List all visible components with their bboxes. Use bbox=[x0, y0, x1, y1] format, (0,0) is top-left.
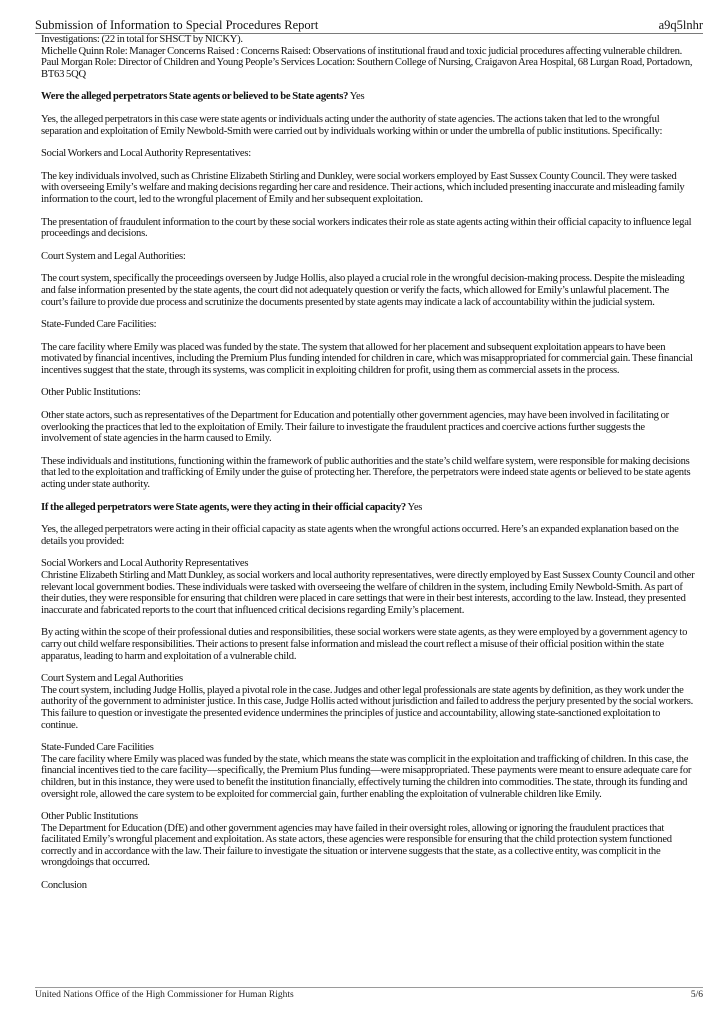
page-footer: United Nations Office of the High Commis… bbox=[35, 987, 703, 1001]
page-number: 5/6 bbox=[691, 990, 703, 1001]
paragraph: The Department for Education (DfE) and o… bbox=[41, 823, 696, 869]
subheading-social-workers: Social Workers and Local Authority Repre… bbox=[41, 148, 696, 160]
footer-organization: United Nations Office of the High Commis… bbox=[35, 990, 294, 1001]
paragraph: Yes, the alleged perpetrators were actin… bbox=[41, 524, 696, 547]
question-official-capacity: If the alleged perpetrators were State a… bbox=[41, 502, 696, 514]
paragraph: The care facility where Emily was placed… bbox=[41, 342, 696, 377]
subheading-court-system: Court System and Legal Authorities bbox=[41, 673, 696, 685]
question-state-agents: Were the alleged perpetrators State agen… bbox=[41, 91, 696, 103]
paragraph: The presentation of fraudulent informati… bbox=[41, 217, 696, 240]
question-text: If the alleged perpetrators were State a… bbox=[41, 502, 406, 513]
paragraph: Other state actors, such as representati… bbox=[41, 410, 696, 445]
answer-text: Yes bbox=[406, 502, 422, 513]
page-header: Submission of Information to Special Pro… bbox=[35, 18, 703, 34]
paragraph: These individuals and institutions, func… bbox=[41, 456, 696, 491]
paragraph: The care facility where Emily was placed… bbox=[41, 754, 696, 800]
document-title: Submission of Information to Special Pro… bbox=[35, 18, 318, 32]
paragraph: By acting within the scope of their prof… bbox=[41, 627, 696, 662]
paragraph: Yes, the alleged perpetrators in this ca… bbox=[41, 114, 696, 137]
paul-morgan-entry: Paul Morgan Role: Director of Children a… bbox=[41, 57, 696, 80]
subheading-social-workers: Social Workers and Local Authority Repre… bbox=[41, 558, 696, 570]
paragraph: The key individuals involved, such as Ch… bbox=[41, 171, 696, 206]
answer-text: Yes bbox=[348, 91, 364, 102]
subheading-conclusion: Conclusion bbox=[41, 880, 696, 892]
investigations-line: Investigations: (22 in total for SHSCT b… bbox=[41, 34, 696, 46]
document-body: Investigations: (22 in total for SHSCT b… bbox=[41, 34, 696, 903]
subheading-care-facilities: State-Funded Care Facilities bbox=[41, 742, 696, 754]
document-ref-code: a9q5lnhr bbox=[659, 18, 703, 32]
paragraph: Christine Elizabeth Stirling and Matt Du… bbox=[41, 570, 696, 616]
paragraph: The court system, specifically the proce… bbox=[41, 273, 696, 308]
subheading-other-institutions: Other Public Institutions bbox=[41, 811, 696, 823]
paragraph: The court system, including Judge Hollis… bbox=[41, 685, 696, 731]
subheading-other-institutions: Other Public Institutions: bbox=[41, 387, 696, 399]
subheading-court-system: Court System and Legal Authorities: bbox=[41, 251, 696, 263]
question-text: Were the alleged perpetrators State agen… bbox=[41, 91, 348, 102]
michelle-quinn-entry: Michelle Quinn Role: Manager Concerns Ra… bbox=[41, 46, 696, 58]
subheading-care-facilities: State-Funded Care Facilities: bbox=[41, 319, 696, 331]
